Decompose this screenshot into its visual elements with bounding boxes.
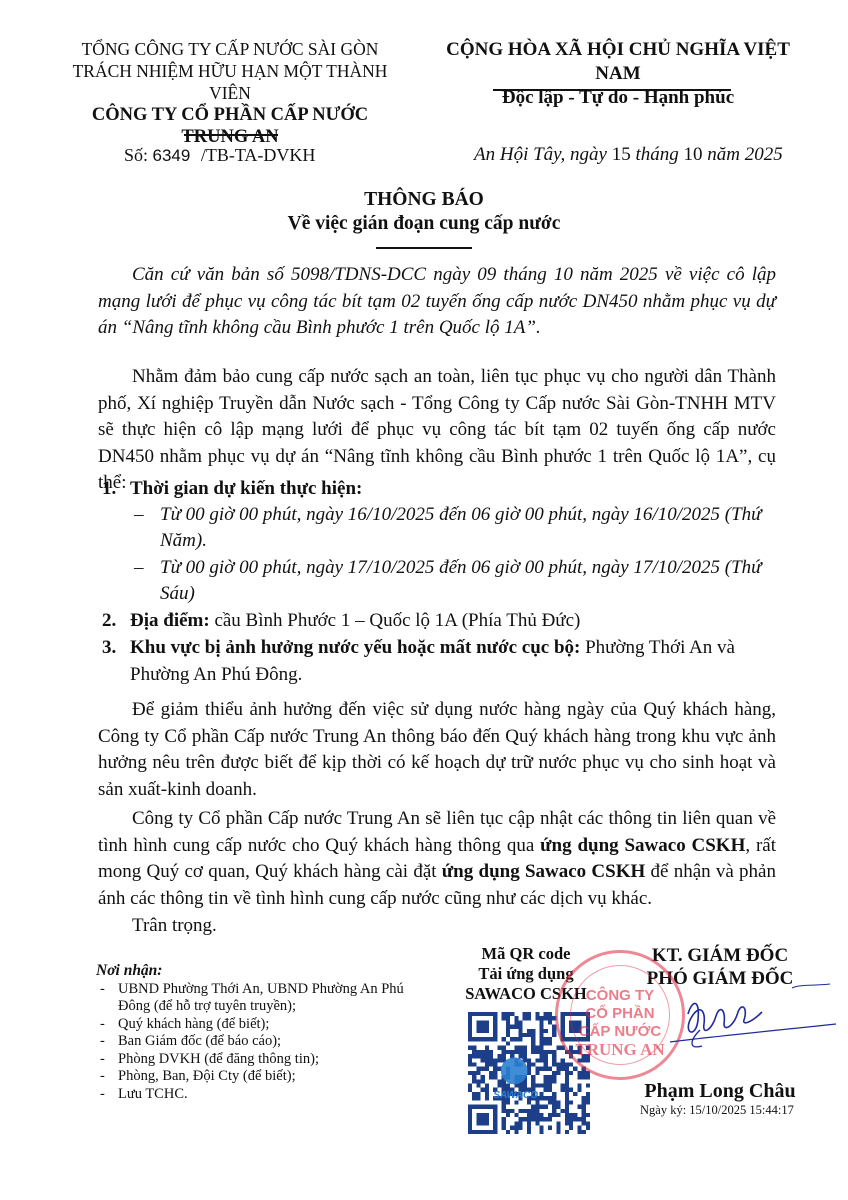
parent-org-line-2: TRÁCH NHIỆM HỮU HẠN MỘT THÀNH VIÊN [60,60,400,104]
list-item-time: 1. Thời gian dự kiến thực hiện: [130,475,780,502]
notice-title: THÔNG BÁO Về việc gián đoạn cung cấp nướ… [0,188,848,236]
parent-org-line-1: TỔNG CÔNG TY CẤP NƯỚC SÀI GÒN [60,38,400,60]
recipients-title: Nơi nhận: [96,962,436,980]
document-number: Số: 6349 /TB-TA-DVKH [124,145,315,166]
title-divider [376,247,472,249]
handwritten-signature [640,980,840,1060]
schedule-entry: – Từ 00 giờ 00 phút, ngày 17/10/2025 đến… [160,555,780,607]
app-name: ứng dụng Sawaco CSKH [442,861,645,882]
schedule-entry: – Từ 00 giờ 00 phút, ngày 16/10/2025 đến… [160,502,780,554]
recipient-item: Phòng DVKH (để đăng thông tin); [96,1051,436,1069]
notice-subject: Về việc gián đoạn cung cấp nước [0,212,848,236]
recipients-list: Nơi nhận: UBND Phường Thới An, UBND Phườ… [96,962,436,1103]
signed-timestamp: Ngày ký: 15/10/2025 15:44:17 [640,1103,794,1118]
paragraph-app-info: Công ty Cổ phần Cấp nước Trung An sẽ liê… [98,806,776,912]
national-header: CỘNG HÒA XÃ HỘI CHỦ NGHĨA VIỆT NAM Độc l… [428,38,808,110]
recipient-item: UBND Phường Thới An, UBND Phường An Phú … [96,981,436,1016]
company-line-1: CÔNG TY CỔ PHẦN CẤP NƯỚC [60,104,400,126]
list-item-location: 2. Địa điểm: cầu Bình Phước 1 – Quốc lộ … [130,607,780,634]
signer-name: Phạm Long Châu [620,1080,820,1103]
sawaco-logo-text: SAWACO [493,1090,538,1101]
list-item-affected-area: 3. Khu vực bị ảnh hưởng nước yếu hoặc mấ… [130,634,780,688]
recipient-item: Phòng, Ban, Đội Cty (để biết); [96,1068,436,1086]
nation-name: CỘNG HÒA XÃ HỘI CHỦ NGHĨA VIỆT NAM [428,38,808,86]
closing: Trân trọng. [132,915,217,937]
paragraph-advisory: Để giảm thiểu ảnh hưởng đến việc sử dụng… [98,697,776,803]
header-left-divider [184,134,278,136]
issuing-organization: TỔNG CÔNG TY CẤP NƯỚC SÀI GÒN TRÁCH NHIỆ… [60,38,400,148]
place-date: An Hội Tây, ngày 15 tháng 10 năm 2025 [474,144,783,166]
header-right-divider [493,89,731,91]
recipient-item: Ban Giám đốc (để báo cáo); [96,1033,436,1051]
notice-heading: THÔNG BÁO [0,188,848,212]
app-name: ứng dụng Sawaco CSKH [540,835,745,856]
recipient-item: Quý khách hàng (để biết); [96,1016,436,1034]
document-number-value: 6349 [153,146,191,165]
paragraph-legal-basis: Căn cứ văn bản số 5098/TDNS-DCC ngày 09 … [98,262,776,342]
recipient-item: Lưu TCHC. [96,1086,436,1104]
